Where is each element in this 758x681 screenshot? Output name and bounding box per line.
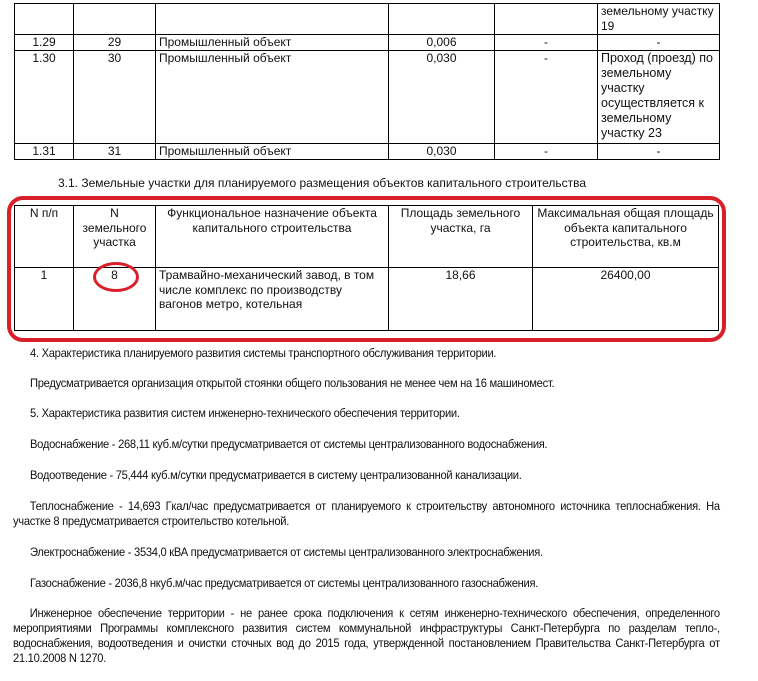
water-supply-paragraph: Водоснабжение - 268,11 куб.м/сутки преду… — [30, 437, 672, 452]
row-number: 1.29 — [15, 35, 74, 51]
area-cell: 18,66 — [389, 268, 533, 331]
dash-cell: - — [495, 51, 598, 144]
area-cell: 0,030 — [389, 51, 495, 144]
parking-paragraph: Предусматривается организация открытой с… — [30, 376, 672, 391]
table-row: земельному участку 19 — [15, 4, 720, 35]
table-row: 1.31 31 Промышленный объект 0,030 - - — [15, 144, 720, 160]
purpose-cell: Промышленный объект — [156, 144, 389, 160]
section-4-heading: 4. Характеристика планируемого развития … — [30, 346, 672, 361]
max-area-cell: 26400,00 — [533, 268, 719, 331]
plot-number: 8 — [74, 268, 156, 331]
row-number: 1.30 — [15, 51, 74, 144]
area-cell: 0,006 — [389, 35, 495, 51]
table-header-row: N п/п N земельного участка Функционально… — [15, 206, 719, 268]
table-row: 1.29 29 Промышленный объект 0,006 - - — [15, 35, 720, 51]
remark-cell: земельному участку 19 — [598, 4, 720, 35]
purpose-cell: Промышленный объект — [156, 51, 389, 144]
engineering-provision-paragraph: Инженерное обеспечение территории - не р… — [13, 606, 720, 666]
remark-cell: - — [598, 144, 720, 160]
remark-cell: Проход (проезд) по земельному участку ос… — [598, 51, 720, 144]
sewerage-paragraph: Водоотведение - 75,444 куб.м/сутки преду… — [30, 468, 672, 483]
header-plot-number: N земельного участка — [74, 206, 156, 268]
land-plots-table-continued: земельному участку 19 1.29 29 Промышленн… — [14, 3, 720, 160]
header-max-area: Максимальная общая площадь объекта капит… — [533, 206, 719, 268]
heat-supply-paragraph: Теплоснабжение - 14,693 Гкал/час предусм… — [13, 499, 720, 529]
header-area: Площадь земельного участка, га — [389, 206, 533, 268]
header-purpose: Функциональное назначение объекта капита… — [156, 206, 389, 268]
dash-cell: - — [495, 35, 598, 51]
purpose-cell: Промышленный объект — [156, 35, 389, 51]
plot-number: 31 — [74, 144, 156, 160]
dash-cell: - — [495, 144, 598, 160]
table-row: 1.30 30 Промышленный объект 0,030 - Прох… — [15, 51, 720, 144]
row-number: 1.31 — [15, 144, 74, 160]
gas-supply-paragraph: Газоснабжение - 2036,8 нкуб.м/час предус… — [30, 576, 672, 591]
area-cell: 0,030 — [389, 144, 495, 160]
header-row-number: N п/п — [15, 206, 74, 268]
section-5-heading: 5. Характеристика развития систем инжене… — [30, 406, 672, 421]
planned-construction-table: N п/п N земельного участка Функционально… — [14, 205, 719, 331]
plot-number: 30 — [74, 51, 156, 144]
purpose-cell: Трамвайно-механический завод, в том числ… — [156, 268, 389, 331]
remark-cell: - — [598, 35, 720, 51]
section-caption: 3.1. Земельные участки для планируемого … — [58, 176, 586, 190]
power-supply-paragraph: Электроснабжение - 3534,0 кВА предусматр… — [30, 545, 672, 560]
row-number: 1 — [15, 268, 74, 331]
table-row: 1 8 Трамвайно-механический завод, в том … — [15, 268, 719, 331]
plot-number: 29 — [74, 35, 156, 51]
